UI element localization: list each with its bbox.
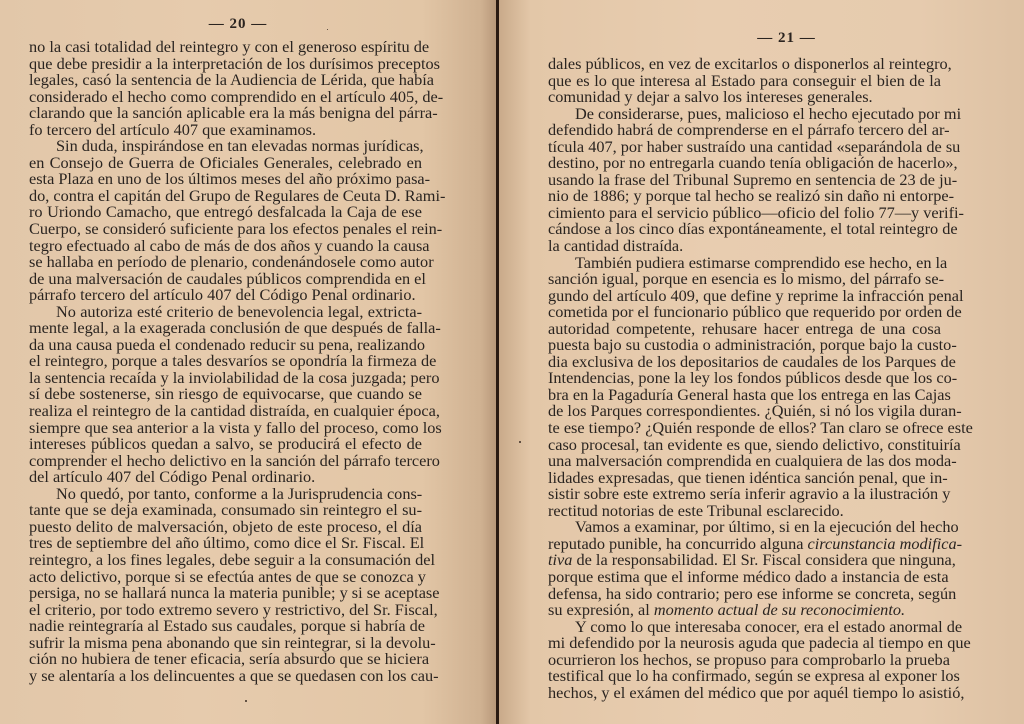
paper-speck bbox=[245, 700, 247, 702]
text-line: hechos, y el exámen del médico que por a… bbox=[548, 685, 941, 702]
page-number-right: — 21 — bbox=[559, 30, 1014, 47]
book-spread: — 20 — no la casi totalidad del reintegr… bbox=[0, 0, 1024, 724]
left-page: — 20 — no la casi totalidad del reintegr… bbox=[0, 0, 496, 724]
paper-speck bbox=[327, 29, 328, 30]
text-line: y se alentaría a los delincuentes a que … bbox=[29, 668, 422, 685]
right-page: — 21 — dales públicos, en vez de excitar… bbox=[499, 0, 1024, 724]
right-page-body: dales públicos, en vez de excitarlos o d… bbox=[548, 56, 941, 701]
left-page-body: no la casi totalidad del reintegro y con… bbox=[29, 39, 422, 684]
paper-speck bbox=[519, 441, 521, 443]
page-number-left: — 20 — bbox=[40, 16, 436, 33]
